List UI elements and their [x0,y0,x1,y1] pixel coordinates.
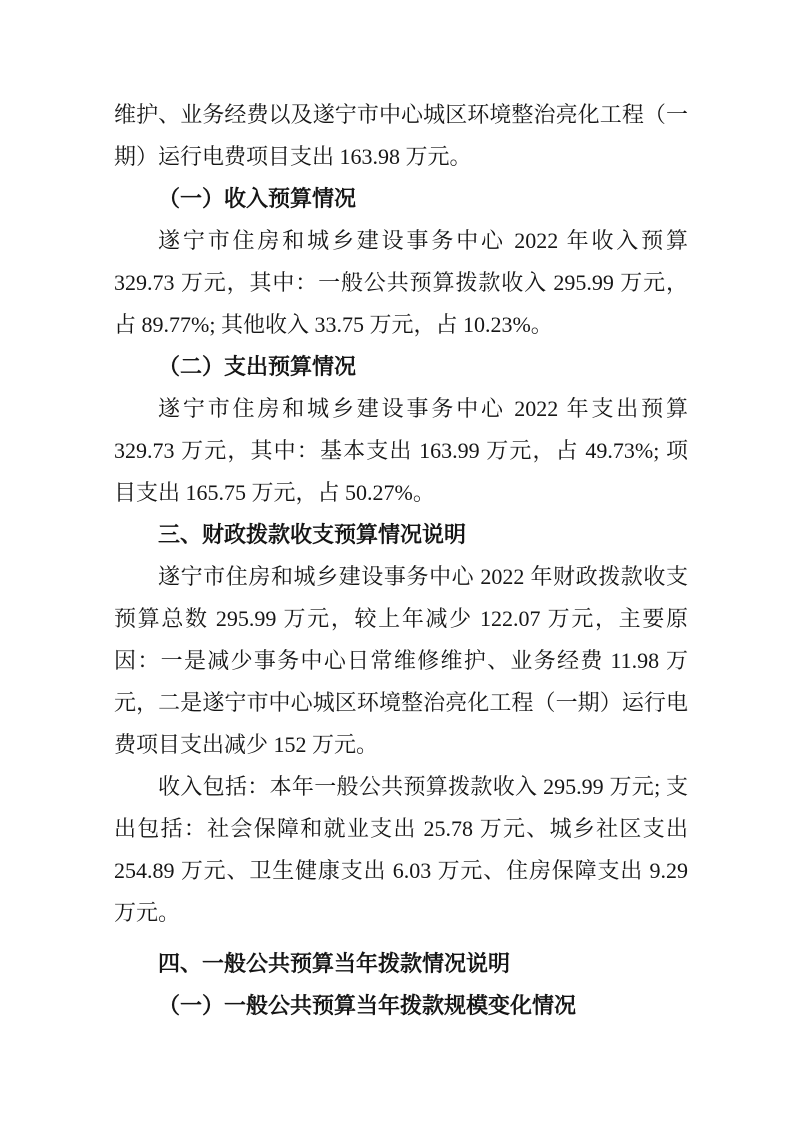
subsection-heading-expenditure-budget: （二）支出预算情况 [114,346,688,388]
paragraph-income-expenditure-breakdown: 收入包括：本年一般公共预算拨款收入 295.99 万元; 支出包括：社会保障和就… [114,766,688,934]
section-heading-general-public-budget: 四、一般公共预算当年拨款情况说明 [114,943,688,985]
section-heading-fiscal-appropriation: 三、财政拨款收支预算情况说明 [114,514,688,556]
document-body: 维护、业务经费以及遂宁市中心城区环境整治亮化工程（一期）运行电费项目支出 163… [114,94,688,1027]
paragraph-fiscal-appropriation-detail: 遂宁市住房和城乡建设事务中心 2022 年财政拨款收支预算总数 295.99 万… [114,556,688,766]
paragraph-expenditure-budget-detail: 遂宁市住房和城乡建设事务中心 2022 年支出预算 329.73 万元，其中：基… [114,388,688,514]
subsection-heading-appropriation-scale-change: （一）一般公共预算当年拨款规模变化情况 [114,985,688,1027]
paragraph-expense-project-continuation: 维护、业务经费以及遂宁市中心城区环境整治亮化工程（一期）运行电费项目支出 163… [114,94,688,178]
paragraph-income-budget-detail: 遂宁市住房和城乡建设事务中心 2022 年收入预算 329.73 万元，其中：一… [114,220,688,346]
document-page: 维护、业务经费以及遂宁市中心城区环境整治亮化工程（一期）运行电费项目支出 163… [0,0,793,1122]
subsection-heading-income-budget: （一）收入预算情况 [114,178,688,220]
